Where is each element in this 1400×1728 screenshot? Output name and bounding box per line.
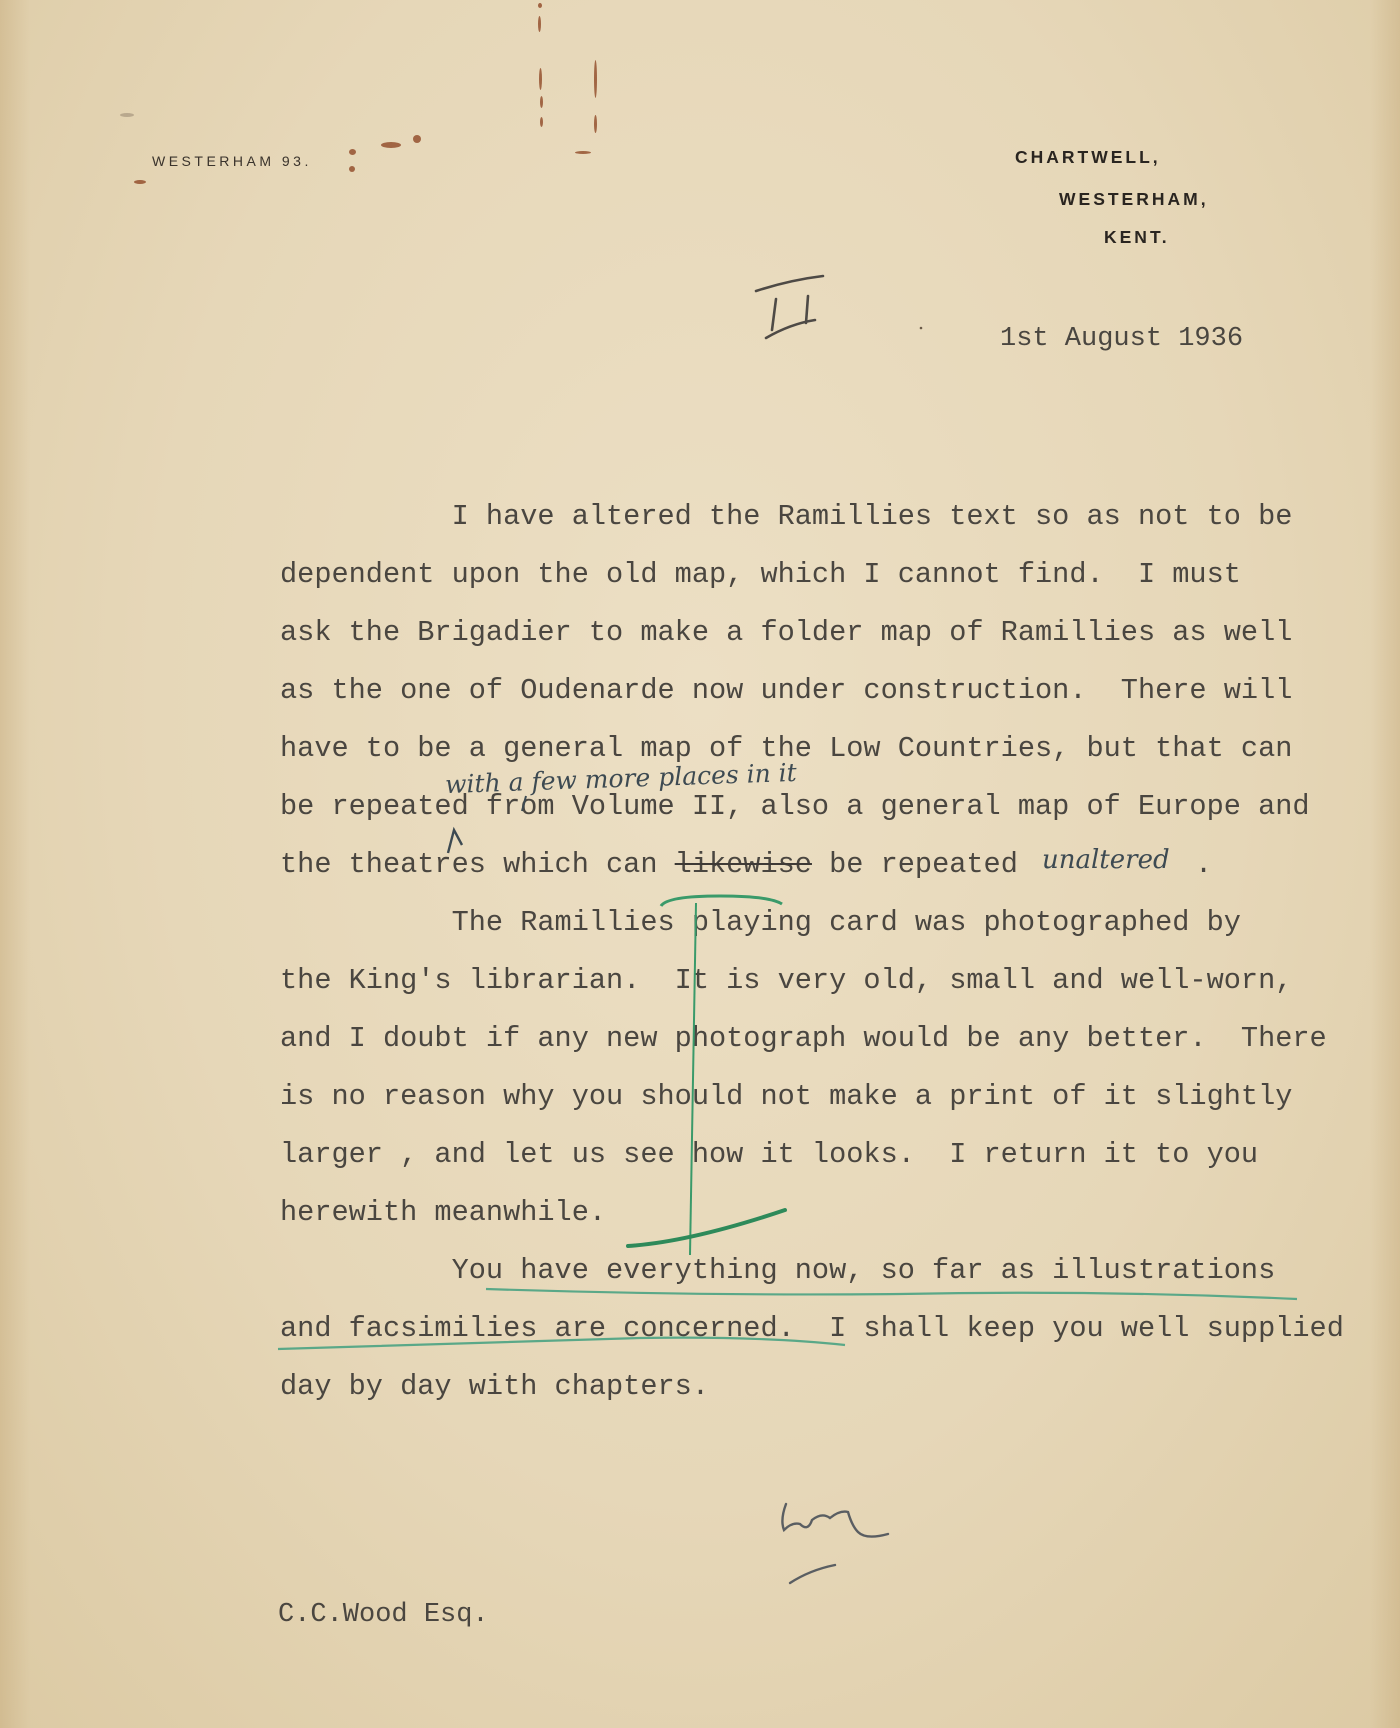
body-line: You have everything now, so far as illus… (280, 1257, 1275, 1286)
line7-after: be repeated (812, 848, 1018, 881)
line7-before: the theatres which can (280, 848, 675, 881)
address-line-3: KENT. (1104, 227, 1170, 248)
body-line: I have altered the Ramillies text so as … (280, 503, 1292, 532)
body-line: dependent upon the old map, which I cann… (280, 561, 1241, 590)
body-line-with-strike: the theatres which can likewise be repea… (280, 851, 1018, 880)
green-hook (628, 1210, 785, 1246)
body-line: and facsimilies are concerned. I shall k… (280, 1315, 1344, 1344)
body-line: as the one of Oudenarde now under constr… (280, 677, 1292, 706)
letterhead-phone: WESTERHAM 93. (152, 153, 312, 169)
green-vertical-line (690, 903, 696, 1255)
body-line: is no reason why you should not make a p… (280, 1083, 1292, 1112)
body-line: The Ramillies playing card was photograp… (280, 909, 1241, 938)
paper-edge-shadow-right (1370, 0, 1400, 1728)
body-line: herewith meanwhile. (280, 1199, 606, 1228)
numeral-ii-icon (756, 276, 823, 338)
paper-edge-shadow-left (0, 0, 30, 1728)
struck-word: likewise (675, 848, 812, 881)
handwritten-addition: unaltered (1042, 845, 1170, 875)
address-line-1: CHARTWELL, (1015, 147, 1161, 168)
period-mark: . (1195, 851, 1212, 880)
body-line: ask the Brigadier to make a folder map o… (280, 619, 1292, 648)
letter-date: 1st August 1936 (1000, 326, 1243, 353)
body-line: day by day with chapters. (280, 1373, 709, 1402)
body-line: larger , and let us see how it looks. I … (280, 1141, 1258, 1170)
green-bracket-top (661, 896, 782, 906)
green-underline-1 (486, 1289, 1297, 1299)
body-line: be repeated from Volume II, also a gener… (280, 793, 1310, 822)
signature-icon (782, 1504, 888, 1583)
recipient: C.C.Wood Esq. (278, 1602, 489, 1629)
body-line: and I doubt if any new photograph would … (280, 1025, 1327, 1054)
address-line-2: WESTERHAM, (1059, 189, 1209, 210)
body-line: the King's librarian. It is very old, sm… (280, 967, 1292, 996)
